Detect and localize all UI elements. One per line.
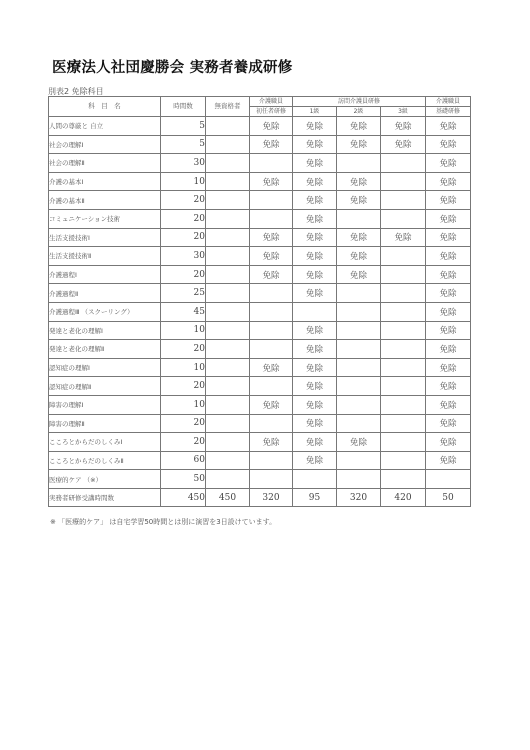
exemption-cell (381, 470, 426, 489)
exemption-cell: 免除 (426, 191, 471, 210)
exemption-cell: 免除 (381, 228, 426, 247)
exemption-cell: 免除 (250, 135, 293, 154)
exemption-cell (206, 154, 250, 173)
total-cell: 320 (250, 488, 293, 507)
subject-name: 障害の理解Ⅱ (49, 414, 161, 433)
exemption-cell: 免除 (293, 135, 337, 154)
hours-value: 10 (161, 172, 206, 191)
exemption-cell: 免除 (337, 172, 381, 191)
table-row: 人間の尊厳と 自立5免除免除免除免除免除 (49, 117, 471, 136)
exemption-cell (381, 191, 426, 210)
exemption-cell: 免除 (293, 265, 337, 284)
exemption-cell (206, 414, 250, 433)
exemption-cell: 免除 (426, 154, 471, 173)
exemption-cell (337, 302, 381, 321)
exemption-cell (206, 470, 250, 489)
exemption-cell: 免除 (426, 209, 471, 228)
exemption-cell: 免除 (337, 228, 381, 247)
exemption-cell: 免除 (337, 247, 381, 266)
total-cell: 95 (293, 488, 337, 507)
exemption-cell: 免除 (426, 135, 471, 154)
exemption-cell: 免除 (293, 395, 337, 414)
hours-value: 20 (161, 209, 206, 228)
exemption-cell (250, 321, 293, 340)
subject-name: 介護の基本Ⅱ (49, 191, 161, 210)
exemption-cell: 免除 (426, 284, 471, 303)
header-kiso: 基礎研修 (426, 107, 471, 117)
hours-value: 25 (161, 284, 206, 303)
exemption-cell: 免除 (426, 247, 471, 266)
subject-name: 社会の理解Ⅱ (49, 154, 161, 173)
table-row: 介護過程Ⅰ20免除免除免除免除 (49, 265, 471, 284)
exemption-cell (250, 191, 293, 210)
exemption-cell (337, 377, 381, 396)
hours-value: 45 (161, 302, 206, 321)
exemption-cell (337, 414, 381, 433)
header-group-houmon: 訪問介護員研修 (293, 97, 426, 107)
exemption-cell (381, 377, 426, 396)
exemption-cell (337, 284, 381, 303)
total-cell: 320 (337, 488, 381, 507)
table-row: 認知症の理解Ⅱ20免除免除 (49, 377, 471, 396)
header-level1: 1級 (293, 107, 337, 117)
table-row: 介護の基本Ⅱ20免除免除免除 (49, 191, 471, 210)
subject-name: 介護過程Ⅰ (49, 265, 161, 284)
exemption-cell (337, 395, 381, 414)
exemption-cell (206, 377, 250, 396)
hours-value: 20 (161, 265, 206, 284)
hours-value: 20 (161, 377, 206, 396)
subject-name: 医療的ケア （※） (49, 470, 161, 489)
hours-value: 30 (161, 154, 206, 173)
header-shoninsha: 初任者研修 (250, 107, 293, 117)
exemption-cell (381, 321, 426, 340)
exemption-cell (206, 358, 250, 377)
exemption-cell: 免除 (426, 117, 471, 136)
exemption-cell (381, 340, 426, 359)
table-row: こころとからだのしくみⅠ20免除免除免除免除 (49, 433, 471, 452)
exemption-cell: 免除 (337, 135, 381, 154)
exemption-cell: 免除 (426, 321, 471, 340)
subject-name: 介護過程Ⅲ （スクーリング） (49, 302, 161, 321)
header-row-1: 科 目 名 時間数 無資格者 介護職員 訪問介護員研修 介護職員 (49, 97, 471, 107)
exemption-cell: 免除 (426, 377, 471, 396)
exemption-cell (381, 358, 426, 377)
exemption-cell (337, 358, 381, 377)
exemption-cell: 免除 (426, 451, 471, 470)
exemption-cell: 免除 (293, 172, 337, 191)
exemption-cell (206, 117, 250, 136)
exemption-cell (250, 377, 293, 396)
exemption-cell: 免除 (250, 228, 293, 247)
subject-name: コミュニケーション技術 (49, 209, 161, 228)
exemption-cell: 免除 (250, 172, 293, 191)
exemption-cell: 免除 (426, 340, 471, 359)
exemption-cell: 免除 (250, 265, 293, 284)
exemption-cell: 免除 (426, 228, 471, 247)
subject-name: 発達と老化の理解Ⅰ (49, 321, 161, 340)
exemption-cell (381, 172, 426, 191)
exemption-cell: 免除 (426, 414, 471, 433)
subject-name: 介護過程Ⅱ (49, 284, 161, 303)
exemption-cell: 免除 (426, 302, 471, 321)
exemption-cell (381, 247, 426, 266)
exemption-cell (206, 247, 250, 266)
hours-value: 20 (161, 228, 206, 247)
exemption-cell (293, 302, 337, 321)
exemption-cell: 免除 (381, 135, 426, 154)
table-row: 社会の理解Ⅱ30免除免除 (49, 154, 471, 173)
subject-name: 生活支援技術Ⅱ (49, 247, 161, 266)
exemption-cell: 免除 (293, 340, 337, 359)
hours-value: 50 (161, 470, 206, 489)
hours-value: 20 (161, 433, 206, 452)
header-group-kaigo-shokuin: 介護職員 (250, 97, 293, 107)
exemption-cell (206, 172, 250, 191)
total-hours: 450 (161, 488, 206, 507)
hours-value: 10 (161, 321, 206, 340)
exemption-cell (381, 395, 426, 414)
subject-name: 社会の理解Ⅰ (49, 135, 161, 154)
exemption-cell (250, 284, 293, 303)
exemption-cell: 免除 (293, 191, 337, 210)
exemption-cell (381, 284, 426, 303)
exemption-cell: 免除 (293, 117, 337, 136)
exemption-cell (206, 340, 250, 359)
exemption-cell: 免除 (293, 247, 337, 266)
hours-value: 10 (161, 358, 206, 377)
exemption-table: 科 目 名 時間数 無資格者 介護職員 訪問介護員研修 介護職員 初任者研修 1… (48, 96, 471, 507)
hours-value: 20 (161, 340, 206, 359)
table-row: 障害の理解Ⅱ20免除免除 (49, 414, 471, 433)
total-row: 実務者研修受講時間数4504503209532042050 (49, 488, 471, 507)
exemption-cell (206, 451, 250, 470)
exemption-cell: 免除 (250, 117, 293, 136)
exemption-cell (381, 433, 426, 452)
subject-name: 人間の尊厳と 自立 (49, 117, 161, 136)
exemption-cell: 免除 (250, 395, 293, 414)
exemption-cell (337, 340, 381, 359)
exemption-cell (206, 321, 250, 340)
exemption-cell (293, 470, 337, 489)
table-row: 医療的ケア （※）50 (49, 470, 471, 489)
exemption-cell (206, 265, 250, 284)
exemption-cell: 免除 (293, 209, 337, 228)
exemption-cell (381, 154, 426, 173)
exemption-cell (250, 209, 293, 228)
table-row: 発達と老化の理解Ⅱ20免除免除 (49, 340, 471, 359)
header-level3: 3級 (381, 107, 426, 117)
exemption-cell (381, 302, 426, 321)
subject-name: 生活支援技術Ⅰ (49, 228, 161, 247)
exemption-cell (206, 433, 250, 452)
exemption-cell: 免除 (250, 247, 293, 266)
exemption-cell: 免除 (293, 284, 337, 303)
exemption-cell (206, 284, 250, 303)
exemption-cell (250, 451, 293, 470)
total-cell: 450 (206, 488, 250, 507)
hours-value: 5 (161, 117, 206, 136)
exemption-cell: 免除 (293, 451, 337, 470)
exemption-cell (250, 414, 293, 433)
exemption-cell: 免除 (293, 321, 337, 340)
exemption-cell: 免除 (293, 414, 337, 433)
table-row: 介護の基本Ⅰ10免除免除免除免除 (49, 172, 471, 191)
total-label: 実務者研修受講時間数 (49, 488, 161, 507)
exemption-cell (250, 470, 293, 489)
exemption-cell: 免除 (426, 358, 471, 377)
table-row: 認知症の理解Ⅰ10免除免除免除 (49, 358, 471, 377)
exemption-cell: 免除 (337, 117, 381, 136)
exemption-cell: 免除 (293, 228, 337, 247)
table-row: 発達と老化の理解Ⅰ10免除免除 (49, 321, 471, 340)
hours-value: 20 (161, 191, 206, 210)
hours-value: 5 (161, 135, 206, 154)
exemption-cell (337, 154, 381, 173)
exemption-cell: 免除 (337, 191, 381, 210)
exemption-cell: 免除 (426, 172, 471, 191)
exemption-cell (381, 265, 426, 284)
exemption-cell (381, 209, 426, 228)
exemption-cell (381, 451, 426, 470)
subject-name: 介護の基本Ⅰ (49, 172, 161, 191)
hours-value: 30 (161, 247, 206, 266)
exemption-cell (206, 395, 250, 414)
exemption-cell: 免除 (426, 395, 471, 414)
exemption-cell (206, 228, 250, 247)
header-level2: 2級 (337, 107, 381, 117)
subject-name: こころとからだのしくみⅠ (49, 433, 161, 452)
table-row: コミュニケーション技術20免除免除 (49, 209, 471, 228)
header-subject: 科 目 名 (49, 97, 161, 117)
exemption-cell: 免除 (293, 358, 337, 377)
total-cell: 420 (381, 488, 426, 507)
exemption-cell (381, 414, 426, 433)
table-row: こころとからだのしくみⅡ60免除免除 (49, 451, 471, 470)
exemption-cell (337, 451, 381, 470)
exemption-cell: 免除 (381, 117, 426, 136)
subject-name: 認知症の理解Ⅰ (49, 358, 161, 377)
subject-name: 認知症の理解Ⅱ (49, 377, 161, 396)
exemption-cell: 免除 (293, 377, 337, 396)
table-row: 介護過程Ⅱ25免除免除 (49, 284, 471, 303)
table-row: 生活支援技術Ⅱ30免除免除免除免除 (49, 247, 471, 266)
document-title: 医療法人社団慶勝会 実務者養成研修 (52, 56, 292, 77)
total-cell: 50 (426, 488, 471, 507)
exemption-cell (337, 209, 381, 228)
exemption-cell (426, 470, 471, 489)
footnote: ※ 「医療的ケア」 は自宅学習50時間とは別に演習を3日設けています。 (50, 517, 276, 527)
table-row: 介護過程Ⅲ （スクーリング）45免除 (49, 302, 471, 321)
exemption-cell: 免除 (426, 265, 471, 284)
exemption-cell: 免除 (250, 358, 293, 377)
exemption-cell: 免除 (293, 154, 337, 173)
exemption-cell (337, 321, 381, 340)
header-group-kaigo-shokuin-2: 介護職員 (426, 97, 471, 107)
exemption-cell (250, 340, 293, 359)
exemption-cell: 免除 (250, 433, 293, 452)
exemption-cell (337, 470, 381, 489)
hours-value: 60 (161, 451, 206, 470)
hours-value: 20 (161, 414, 206, 433)
exemption-cell (206, 191, 250, 210)
subject-name: 障害の理解Ⅰ (49, 395, 161, 414)
exemption-cell: 免除 (337, 265, 381, 284)
table-row: 生活支援技術Ⅰ20免除免除免除免除免除 (49, 228, 471, 247)
exemption-cell: 免除 (293, 433, 337, 452)
exemption-cell (250, 154, 293, 173)
exemption-cell: 免除 (337, 433, 381, 452)
table-row: 社会の理解Ⅰ5免除免除免除免除免除 (49, 135, 471, 154)
exemption-cell (206, 135, 250, 154)
exemption-cell: 免除 (426, 433, 471, 452)
hours-value: 10 (161, 395, 206, 414)
exemption-cell (206, 302, 250, 321)
header-unqualified: 無資格者 (206, 97, 250, 117)
exemption-cell (250, 302, 293, 321)
table-row: 障害の理解Ⅰ10免除免除免除 (49, 395, 471, 414)
subject-name: こころとからだのしくみⅡ (49, 451, 161, 470)
subject-name: 発達と老化の理解Ⅱ (49, 340, 161, 359)
header-hours: 時間数 (161, 97, 206, 117)
exemption-cell (206, 209, 250, 228)
